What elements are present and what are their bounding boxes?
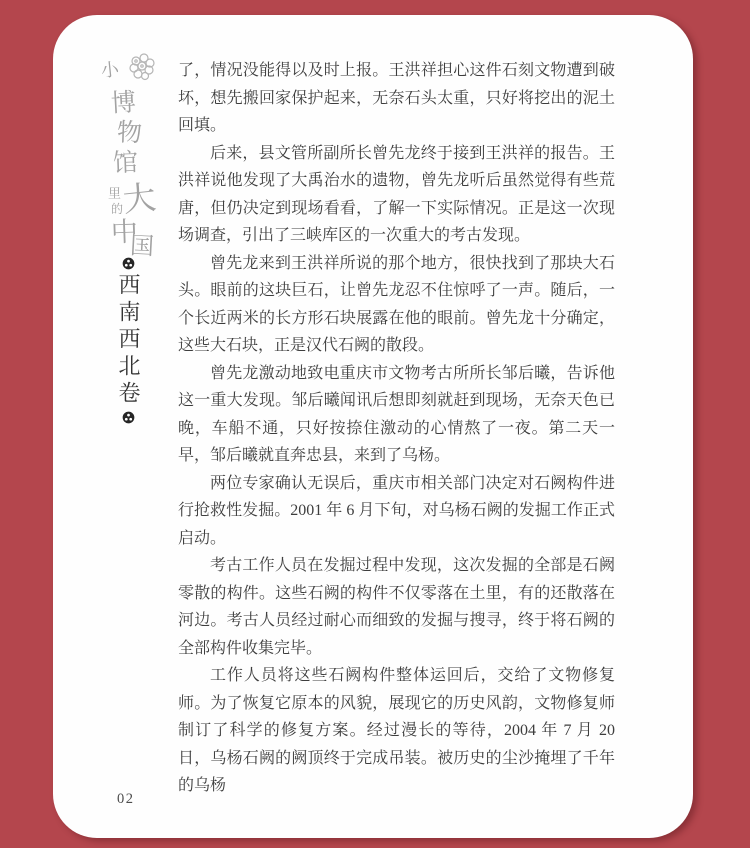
page-number: 02 <box>117 791 135 808</box>
logo-char: 里 <box>108 187 121 200</box>
logo-char: 馆 <box>113 151 139 177</box>
body-paragraph: 了，情况没能得以及时上报。王洪祥担心这件石刻文物遭到破坏，想先搬回家保护起来，无… <box>178 57 615 140</box>
body-paragraph: 曾先龙激动地致电重庆市文物考古所所长邹后曦，告诉他这一重大发现。邹后曦闻讯后想即… <box>178 360 615 470</box>
logo-char: 博 <box>110 90 136 116</box>
plum-blossom-icon <box>125 53 157 92</box>
screenshot-root: { "colors": { "background_red": "#b4464d… <box>0 0 750 848</box>
series-logo: 小 博 物 馆 里 的 大 中 国 <box>53 15 173 285</box>
tomoe-ornament-icon <box>122 257 135 270</box>
logo-char: 小 <box>100 60 120 80</box>
volume-label: 西南西北卷 <box>111 257 145 424</box>
volume-title: 西南西北卷 <box>117 273 139 408</box>
tomoe-ornament-icon <box>122 411 135 424</box>
body-paragraph: 曾先龙来到王洪祥所说的那个地方，很快找到了那块大石头。眼前的这块巨石，让曾先龙忍… <box>178 250 615 360</box>
logo-char: 物 <box>117 121 143 147</box>
body-paragraph: 工作人员将这些石阙构件整体运回后，交给了文物修复师。为了恢复它原本的风貌，展现它… <box>178 662 615 800</box>
body-paragraph: 后来，县文管所副所长曾先龙终于接到王洪祥的报告。王洪祥说他发现了大禹治水的遗物，… <box>178 140 615 250</box>
body-text: 了，情况没能得以及时上报。王洪祥担心这件石刻文物遭到破坏，想先搬回家保护起来，无… <box>178 57 615 800</box>
logo-char: 国 <box>129 234 154 259</box>
body-paragraph: 考古工作人员在发掘过程中发现，这次发掘的全部是石阙零散的构件。这些石阙的构件不仅… <box>178 552 615 662</box>
logo-char: 的 <box>111 203 123 215</box>
logo-char: 大 <box>121 182 157 218</box>
book-page: 小 博 物 馆 里 的 大 中 国 西南西北卷 了，情况没能得以及时上报。王洪祥… <box>53 15 693 838</box>
body-paragraph: 两位专家确认无误后，重庆市相关部门决定对石阙构件进行抢救性发掘。2001 年 6… <box>178 470 615 553</box>
